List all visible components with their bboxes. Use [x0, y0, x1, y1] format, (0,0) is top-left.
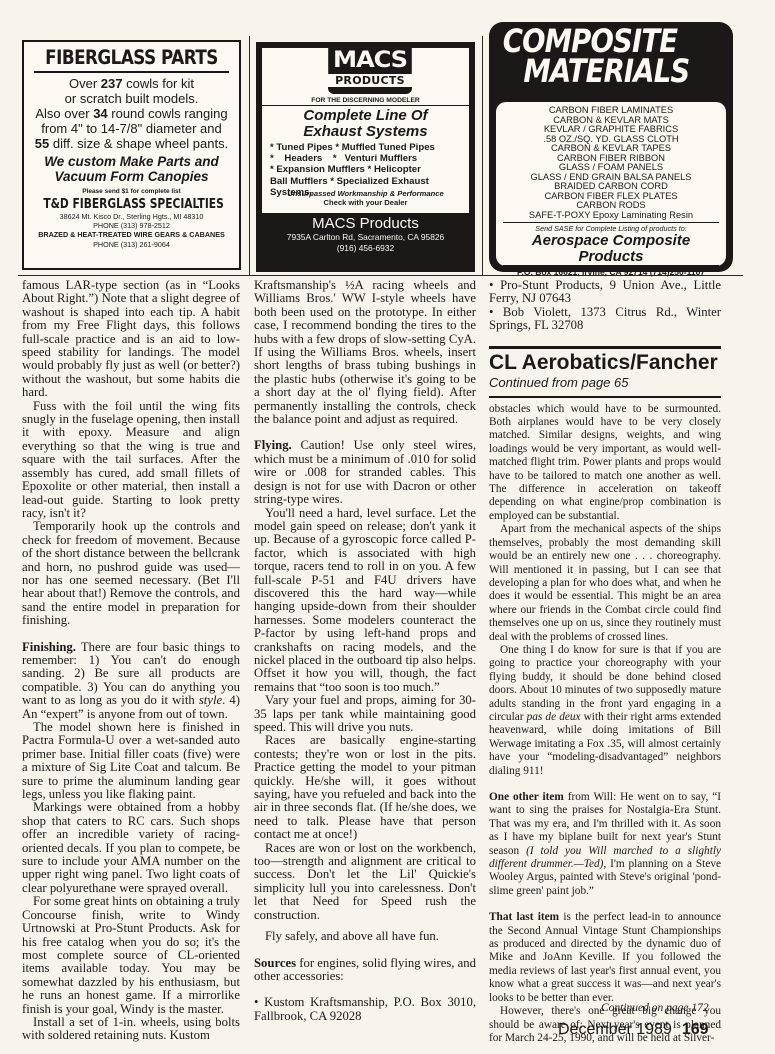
- paragraph: Vary your fuel and props, aiming for 30-…: [254, 694, 476, 734]
- paragraph: obstacles which would have to be surmoun…: [489, 403, 721, 524]
- paragraph: For some great hints on obtaining a trul…: [22, 895, 240, 1016]
- section-subtitle: Continued from page 65: [489, 375, 721, 390]
- ad-company: Aerospace Composite Products: [503, 233, 719, 266]
- paragraph: Races are basically engine-starting cont…: [254, 734, 476, 841]
- subhead: Flying.: [254, 438, 292, 452]
- section-title: CL Aerobatics/Fancher: [489, 351, 721, 375]
- ad-tagline: FOR THE DISCERNING MODELER: [262, 97, 469, 106]
- ad-composite-materials: COMPOSITE MATERIALS CARBON FIBER LAMINAT…: [489, 22, 733, 272]
- paragraph: famous LAR-type section (as in “Looks Ab…: [22, 279, 240, 400]
- paragraph: Temporarily hook up the controls and che…: [22, 520, 240, 627]
- ad-company: T&D FIBERGLASS SPECIALTIES: [43, 197, 219, 212]
- article-column-1: famous LAR-type section (as in “Looks Ab…: [22, 279, 240, 1043]
- ad-product-list: CARBON FIBER LAMINATESCARBON & KEVLAR MA…: [496, 106, 726, 220]
- paragraph-sources: Sources for engines, solid flying wires,…: [254, 957, 476, 984]
- paragraph-other-item: One other item from Will: He went on to …: [489, 791, 721, 898]
- ad-contact: MACS Products 7935A Carlton Rd, Sacramen…: [258, 213, 473, 254]
- paragraph: The model shown here is finished in Pact…: [22, 721, 240, 801]
- paragraph-last-item: That last item is the perfect lead-in to…: [489, 911, 721, 1005]
- paragraph: Kraftsmanship's ½A racing wheels and Wil…: [254, 279, 476, 426]
- ad-body: Over 237 cowls for kit or scratch built …: [24, 76, 239, 151]
- continued-note: Continued on page 172: [601, 1002, 709, 1014]
- ad-contact: P.O. Box 16621, Irvine, CA 92714 (714)25…: [496, 266, 726, 278]
- ad-divider: [249, 36, 250, 276]
- source-item: • Kustom Kraftsmanship, P.O. Box 3010, F…: [254, 996, 476, 1023]
- paragraph: Apart from the mechanical aspects of the…: [489, 523, 721, 644]
- paragraph-finishing: Finishing. There are four basic things t…: [22, 641, 240, 721]
- paragraph: Races are won or lost on the workbench, …: [254, 842, 476, 922]
- ad-fiberglass-parts: FIBERGLASS PARTS Over 237 cowls for kit …: [22, 40, 241, 270]
- paragraph-flying: Flying. Caution! Use only steel wires, w…: [254, 439, 476, 506]
- subhead: One other item: [489, 791, 564, 803]
- ad-macs-products: MACS PRODUCTS FOR THE DISCERNING MODELER…: [256, 42, 475, 272]
- macs-logo: MACS PRODUCTS: [328, 48, 412, 94]
- source-item: • Pro-Stunt Products, 9 Union Ave., Litt…: [489, 279, 721, 306]
- paragraph: You'll need a hard, level surface. Let t…: [254, 507, 476, 695]
- ad-workmanship: Unsurpassed Workmanship & Performance: [262, 189, 469, 198]
- section-divider: [489, 346, 721, 349]
- subhead: That last item: [489, 911, 559, 923]
- issue-date: December 1989: [558, 1021, 672, 1038]
- article-column-3: • Pro-Stunt Products, 9 Union Ave., Litt…: [489, 279, 721, 1045]
- section-divider: [489, 396, 721, 398]
- ad-send-note: Please send $1 for complete list: [24, 188, 239, 195]
- ad-headline: Complete Line Of Exhaust Systems: [262, 108, 469, 140]
- ad-divider: [482, 36, 483, 276]
- source-item: • Bob Violett, 1373 Citrus Rd., Winter S…: [489, 306, 721, 333]
- paragraph: One thing I do know for sure is that if …: [489, 644, 721, 778]
- subhead: Sources: [254, 956, 296, 970]
- ad-title: COMPOSITE: [489, 22, 699, 56]
- ad-custom-line: We custom Make Parts and Vacuum Form Can…: [24, 154, 239, 184]
- ad-title: FIBERGLASS PARTS: [39, 47, 224, 69]
- page-number: 169: [682, 1021, 709, 1038]
- product-item: SAFE-T-POXY Epoxy Laminating Resin: [496, 211, 726, 221]
- ad-title: MATERIALS: [489, 56, 699, 86]
- subhead: Finishing.: [22, 640, 76, 654]
- article-column-2: Kraftsmanship's ½A racing wheels and Wil…: [254, 279, 476, 1023]
- ad-contact: 38624 Mt. Kisco Dr., Sterling Hgts., MI …: [24, 212, 239, 249]
- paragraph: Fuss with the foil until the wing fits s…: [22, 400, 240, 521]
- paragraph: Fly safely, and above all have fun.: [254, 930, 476, 943]
- divider: [34, 71, 229, 73]
- paragraph: Markings were obtained from a hobby shop…: [22, 801, 240, 895]
- paragraph: Install a set of 1-in. wheels, using bol…: [22, 1016, 240, 1043]
- ad-dealer: Check with your Dealer: [262, 198, 469, 207]
- page-folio: December 1989169: [558, 1021, 709, 1039]
